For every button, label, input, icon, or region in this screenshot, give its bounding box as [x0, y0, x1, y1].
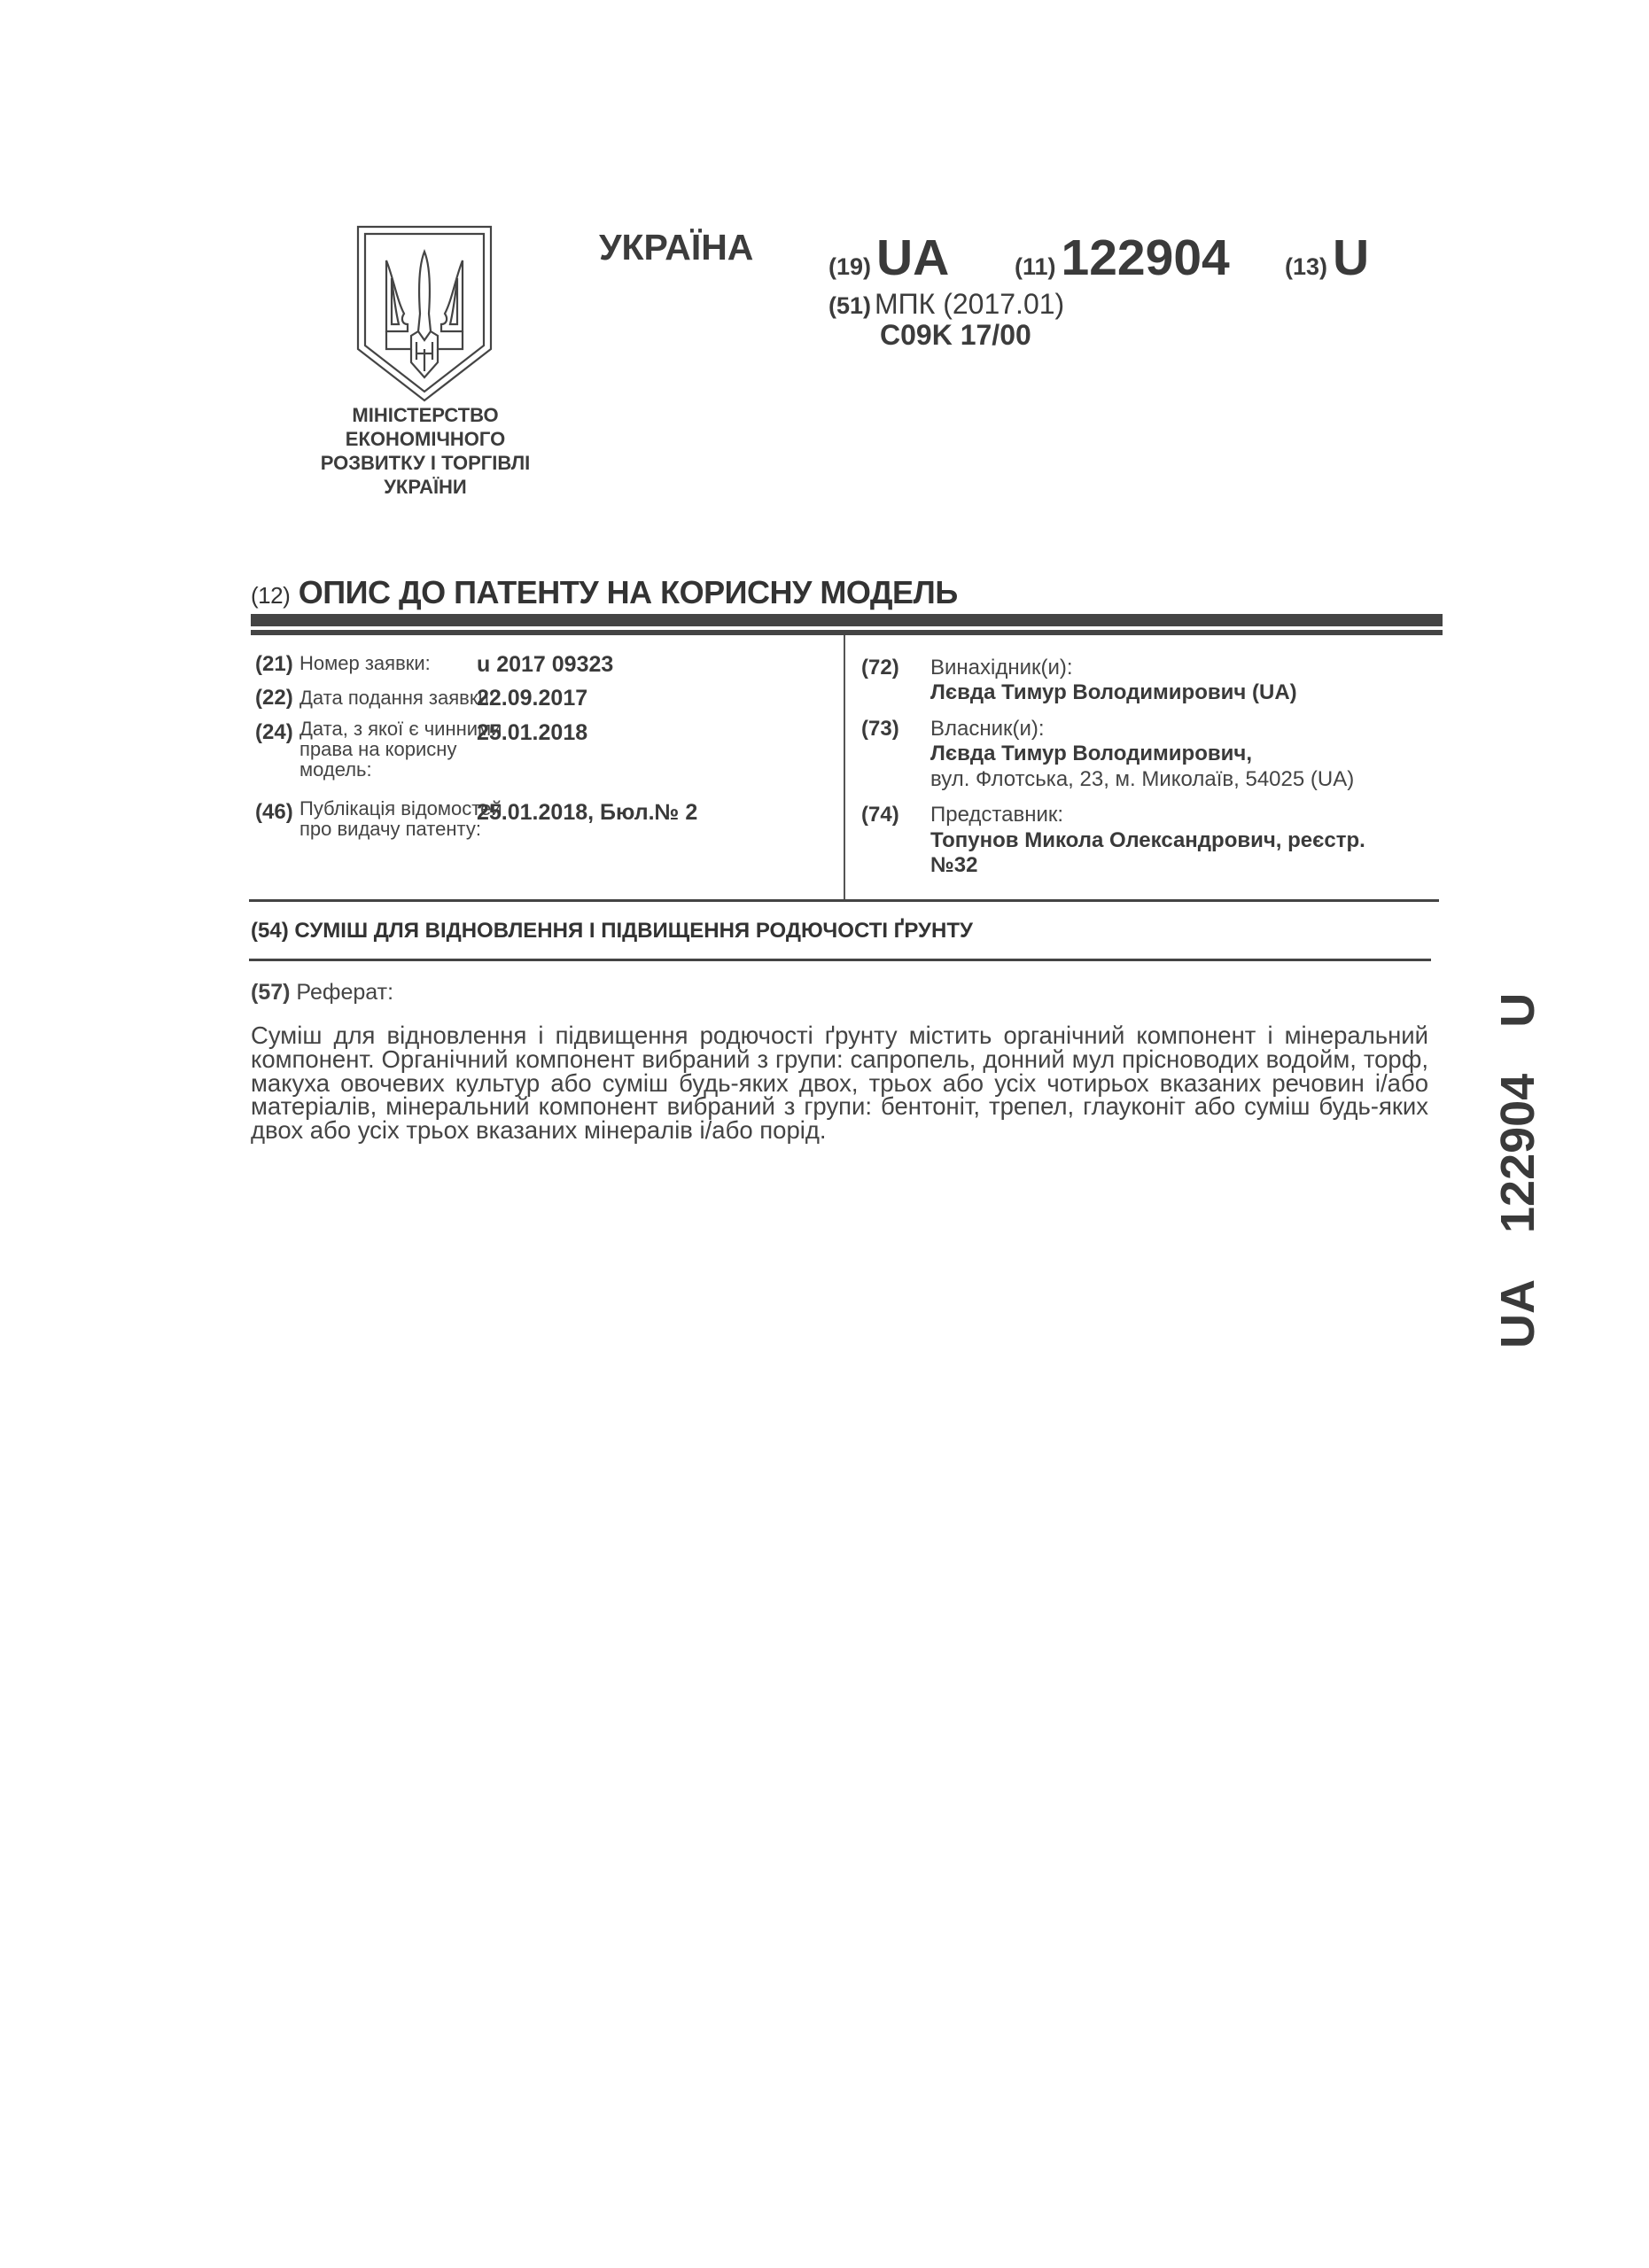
inid-code: (22) [255, 686, 293, 711]
invention-title: (54) СУМІШ ДЛЯ ВІДНОВЛЕННЯ І ПІДВИЩЕННЯ … [251, 919, 973, 944]
ministry-line: МІНІСТЕРСТВО [292, 403, 558, 427]
field-label-line: права на корисну [299, 739, 502, 759]
abstract-text: Суміш для відновлення і підвищення родюч… [251, 1024, 1428, 1143]
side-country-code: UA [1491, 1279, 1544, 1348]
inid-code: (19) [828, 253, 871, 280]
field-label-line: про видачу патенту: [299, 819, 502, 839]
representative-name: Топунов Микола Олександрович, реєстр. [930, 828, 1365, 853]
inid-code: (54) [251, 919, 289, 943]
inid-code: (24) [255, 720, 293, 745]
divider-vertical [844, 635, 845, 901]
field-label: Дата подання заявки: [299, 686, 494, 710]
divider-thick [251, 614, 1443, 626]
ipc-class: C09K 17/00 [880, 319, 1031, 352]
field-label: Представник: [930, 803, 1063, 827]
field-label-line: Дата, з якої є чинними [299, 718, 502, 739]
ministry-line: РОЗВИТКУ І ТОРГІВЛІ [292, 451, 558, 475]
publication-date: 25.01.2018, Бюл.№ 2 [477, 800, 697, 826]
field-label: Публікація відомостей про видачу патенту… [299, 798, 502, 839]
representative-registration: №32 [930, 853, 977, 878]
country-code: UA [876, 229, 949, 286]
field-label: Дата, з якої є чинними права на корисну … [299, 718, 502, 780]
abstract-heading-text: Реферат: [296, 980, 393, 1005]
field-label-line: Номер заявки: [299, 651, 431, 675]
side-patent-label: UA122904U [1490, 1017, 1544, 1371]
ukraine-trident-coat-of-arms-icon [356, 225, 493, 402]
owner-address: вул. Флотська, 23, м. Миколаїв, 54025 (U… [930, 767, 1354, 792]
filing-date: 22.09.2017 [477, 686, 587, 711]
inid-code: (51) [828, 292, 871, 319]
inid-code: (11) [1015, 253, 1056, 280]
divider-line [249, 959, 1431, 961]
ministry-line: ЕКОНОМІЧНОГО [292, 427, 558, 451]
kind-code: U [1333, 229, 1369, 286]
side-patent-number: 122904 [1491, 1074, 1544, 1233]
divider-thin [251, 630, 1443, 635]
field-label-line: Дата подання заявки: [299, 686, 494, 710]
field-label: Власник(и): [930, 717, 1045, 742]
country-code-field: (19)UA [828, 229, 949, 287]
patent-number: 122904 [1062, 229, 1230, 286]
field-label-line: модель: [299, 759, 502, 780]
effective-date: 25.01.2018 [477, 720, 587, 746]
inid-code: (73) [861, 717, 899, 742]
inid-code: (13) [1285, 253, 1327, 280]
country-name: УКРАЇНА [599, 227, 753, 268]
inid-code: (12) [251, 582, 290, 609]
inid-code: (57) [251, 980, 290, 1005]
ipc-field: (51)МПК (2017.01) [828, 288, 1064, 321]
document-title-text: ОПИС ДО ПАТЕНТУ НА КОРИСНУ МОДЕЛЬ [299, 574, 958, 610]
ministry-name: МІНІСТЕРСТВО ЕКОНОМІЧНОГО РОЗВИТКУ І ТОР… [292, 403, 558, 499]
application-number: u 2017 09323 [477, 652, 613, 678]
side-kind-code: U [1491, 993, 1544, 1028]
document-title: (12) ОПИС ДО ПАТЕНТУ НА КОРИСНУ МОДЕЛЬ [251, 574, 958, 611]
inid-code: (46) [255, 800, 293, 825]
abstract-heading: (57) Реферат: [251, 980, 393, 1006]
field-label-line: Публікація відомостей [299, 798, 502, 819]
field-label: Винахідник(и): [930, 656, 1073, 680]
owner-name: Лєвда Тимур Володимирович, [930, 742, 1252, 766]
invention-title-text: СУМІШ ДЛЯ ВІДНОВЛЕННЯ І ПІДВИЩЕННЯ РОДЮЧ… [294, 919, 973, 943]
inid-code: (72) [861, 656, 899, 680]
patent-number-field: (11)122904 [1015, 229, 1230, 287]
ipc-version: МПК (2017.01) [875, 288, 1064, 320]
inventor-name: Лєвда Тимур Володимирович (UA) [930, 680, 1297, 705]
ministry-line: УКРАЇНИ [292, 475, 558, 499]
divider-line [249, 899, 1439, 902]
inid-code: (74) [861, 803, 899, 827]
kind-code-field: (13)U [1285, 229, 1369, 287]
field-label: Номер заявки: [299, 651, 431, 675]
inid-code: (21) [255, 652, 293, 677]
